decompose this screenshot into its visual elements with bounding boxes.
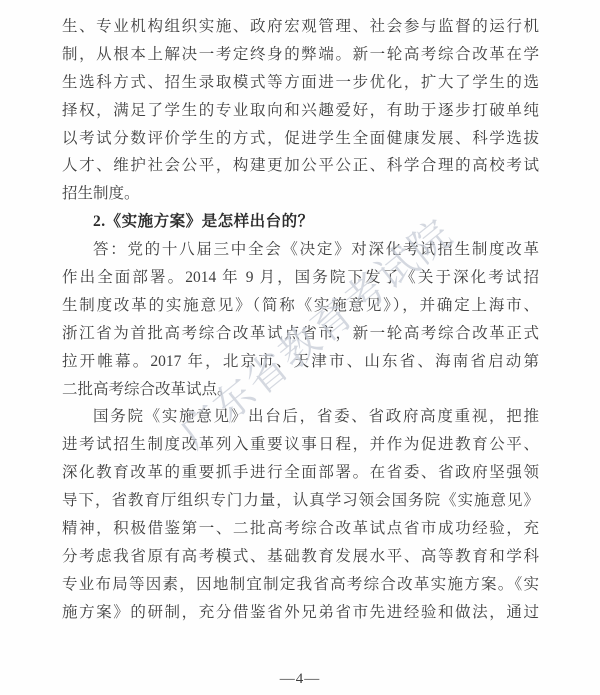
text-line: 答：党的十八届三中全会《决定》对深化考试招生制度改革 [62,236,539,264]
text-line: 择权，满足了学生的专业取向和兴趣爱好，有助于逐步打破单纯 [62,97,539,125]
text-line: 生选科方式、招生录取模式等方面进一步优化，扩大了学生的选 [62,69,539,97]
document-body: 生、专业机构组织实施、政府宏观管理、社会参与监督的运行机制，从根本上解决一考定终… [62,13,539,627]
section-heading: 2.《实施方案》是怎样出台的？ [62,208,539,236]
text-line: 生、专业机构组织实施、政府宏观管理、社会参与监督的运行机 [62,13,539,41]
document-page: 广东省教育考试院 生、专业机构组织实施、政府宏观管理、社会参与监督的运行机制，从… [0,0,600,695]
text-line: 人才、维护社会公平，构建更加公平公正、科学合理的高校考试 [62,152,539,180]
text-line: 招生制度。 [62,180,539,208]
page-number: —4— [0,671,600,688]
text-line: 精神，积极借鉴第一、二批高考综合改革试点省市成功经验，充 [62,515,539,543]
text-line: 导下，省教育厅组织专门力量，认真学习领会国务院《实施意见》 [62,487,539,515]
text-line: 制，从根本上解决一考定终身的弊端。新一轮高考综合改革在学 [62,41,539,69]
text-line: 作出全面部署。2014 年 9 月，国务院下发了《关于深化考试招 [62,264,539,292]
text-line: 专业布局等因素，因地制宜制定我省高考综合改革实施方案。《实 [62,571,539,599]
text-line: 拉开帷幕。2017 年，北京市、天津市、山东省、海南省启动第 [62,348,539,376]
text-line: 进考试招生制度改革列入重要议事日程，并作为促进教育公平、 [62,431,539,459]
text-line: 生制度改革的实施意见》（简称《实施意见》），并确定上海市、 [62,292,539,320]
text-line: 分考虑我省原有高考模式、基础教育发展水平、高等教育和学科 [62,543,539,571]
text-line: 国务院《实施意见》出台后，省委、省政府高度重视，把推 [62,403,539,431]
text-line: 以考试分数评价学生的方式，促进学生全面健康发展、科学选拔 [62,125,539,153]
text-line: 施方案》的研制，充分借鉴省外兄弟省市先进经验和做法，通过 [62,599,539,627]
text-line: 浙江省为首批高考综合改革试点省市，新一轮高考综合改革正式 [62,320,539,348]
text-line: 深化教育改革的重要抓手进行全面部署。在省委、省政府坚强领 [62,459,539,487]
text-line: 二批高考综合改革试点。 [62,376,539,404]
